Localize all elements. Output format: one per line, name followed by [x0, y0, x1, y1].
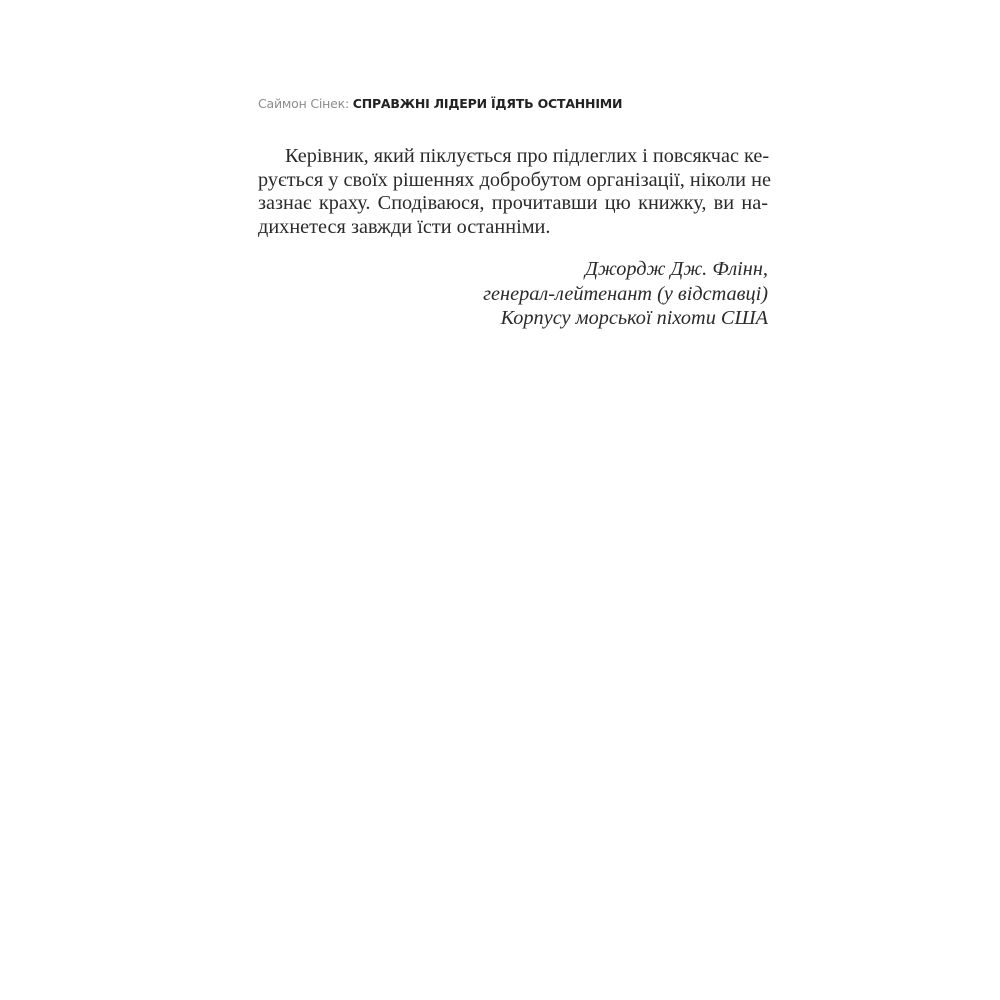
attribution-name: Джордж Дж. Флінн,	[483, 257, 768, 282]
epigraph-line: Керівник, який піклується про підлеглих …	[258, 145, 768, 169]
attribution-rank: генерал-лейтенант (у відставці)	[483, 282, 768, 307]
epigraph-line: зазнає краху. Сподіваюся, прочитавши цю …	[258, 192, 768, 216]
book-page: Саймон Сінек: СПРАВЖНІ ЛІДЕРИ ЇДЯТЬ ОСТА…	[0, 0, 1000, 1000]
epigraph-line: рується у своїх рішеннях добробутом орга…	[258, 169, 768, 193]
attribution-organization: Корпусу морської піхоти США	[483, 306, 768, 331]
epigraph-text: Керівник, який піклується про підлеглих …	[258, 145, 768, 239]
epigraph-line: дихнетеся завжди їсти останніми.	[258, 216, 768, 240]
epigraph-attribution: Джордж Дж. Флінн, генерал-лейтенант (у в…	[483, 257, 768, 331]
running-head-title: СПРАВЖНІ ЛІДЕРИ ЇДЯТЬ ОСТАННІМИ	[353, 96, 623, 111]
running-head: Саймон Сінек: СПРАВЖНІ ЛІДЕРИ ЇДЯТЬ ОСТА…	[258, 96, 622, 111]
running-head-author: Саймон Сінек:	[258, 96, 353, 111]
